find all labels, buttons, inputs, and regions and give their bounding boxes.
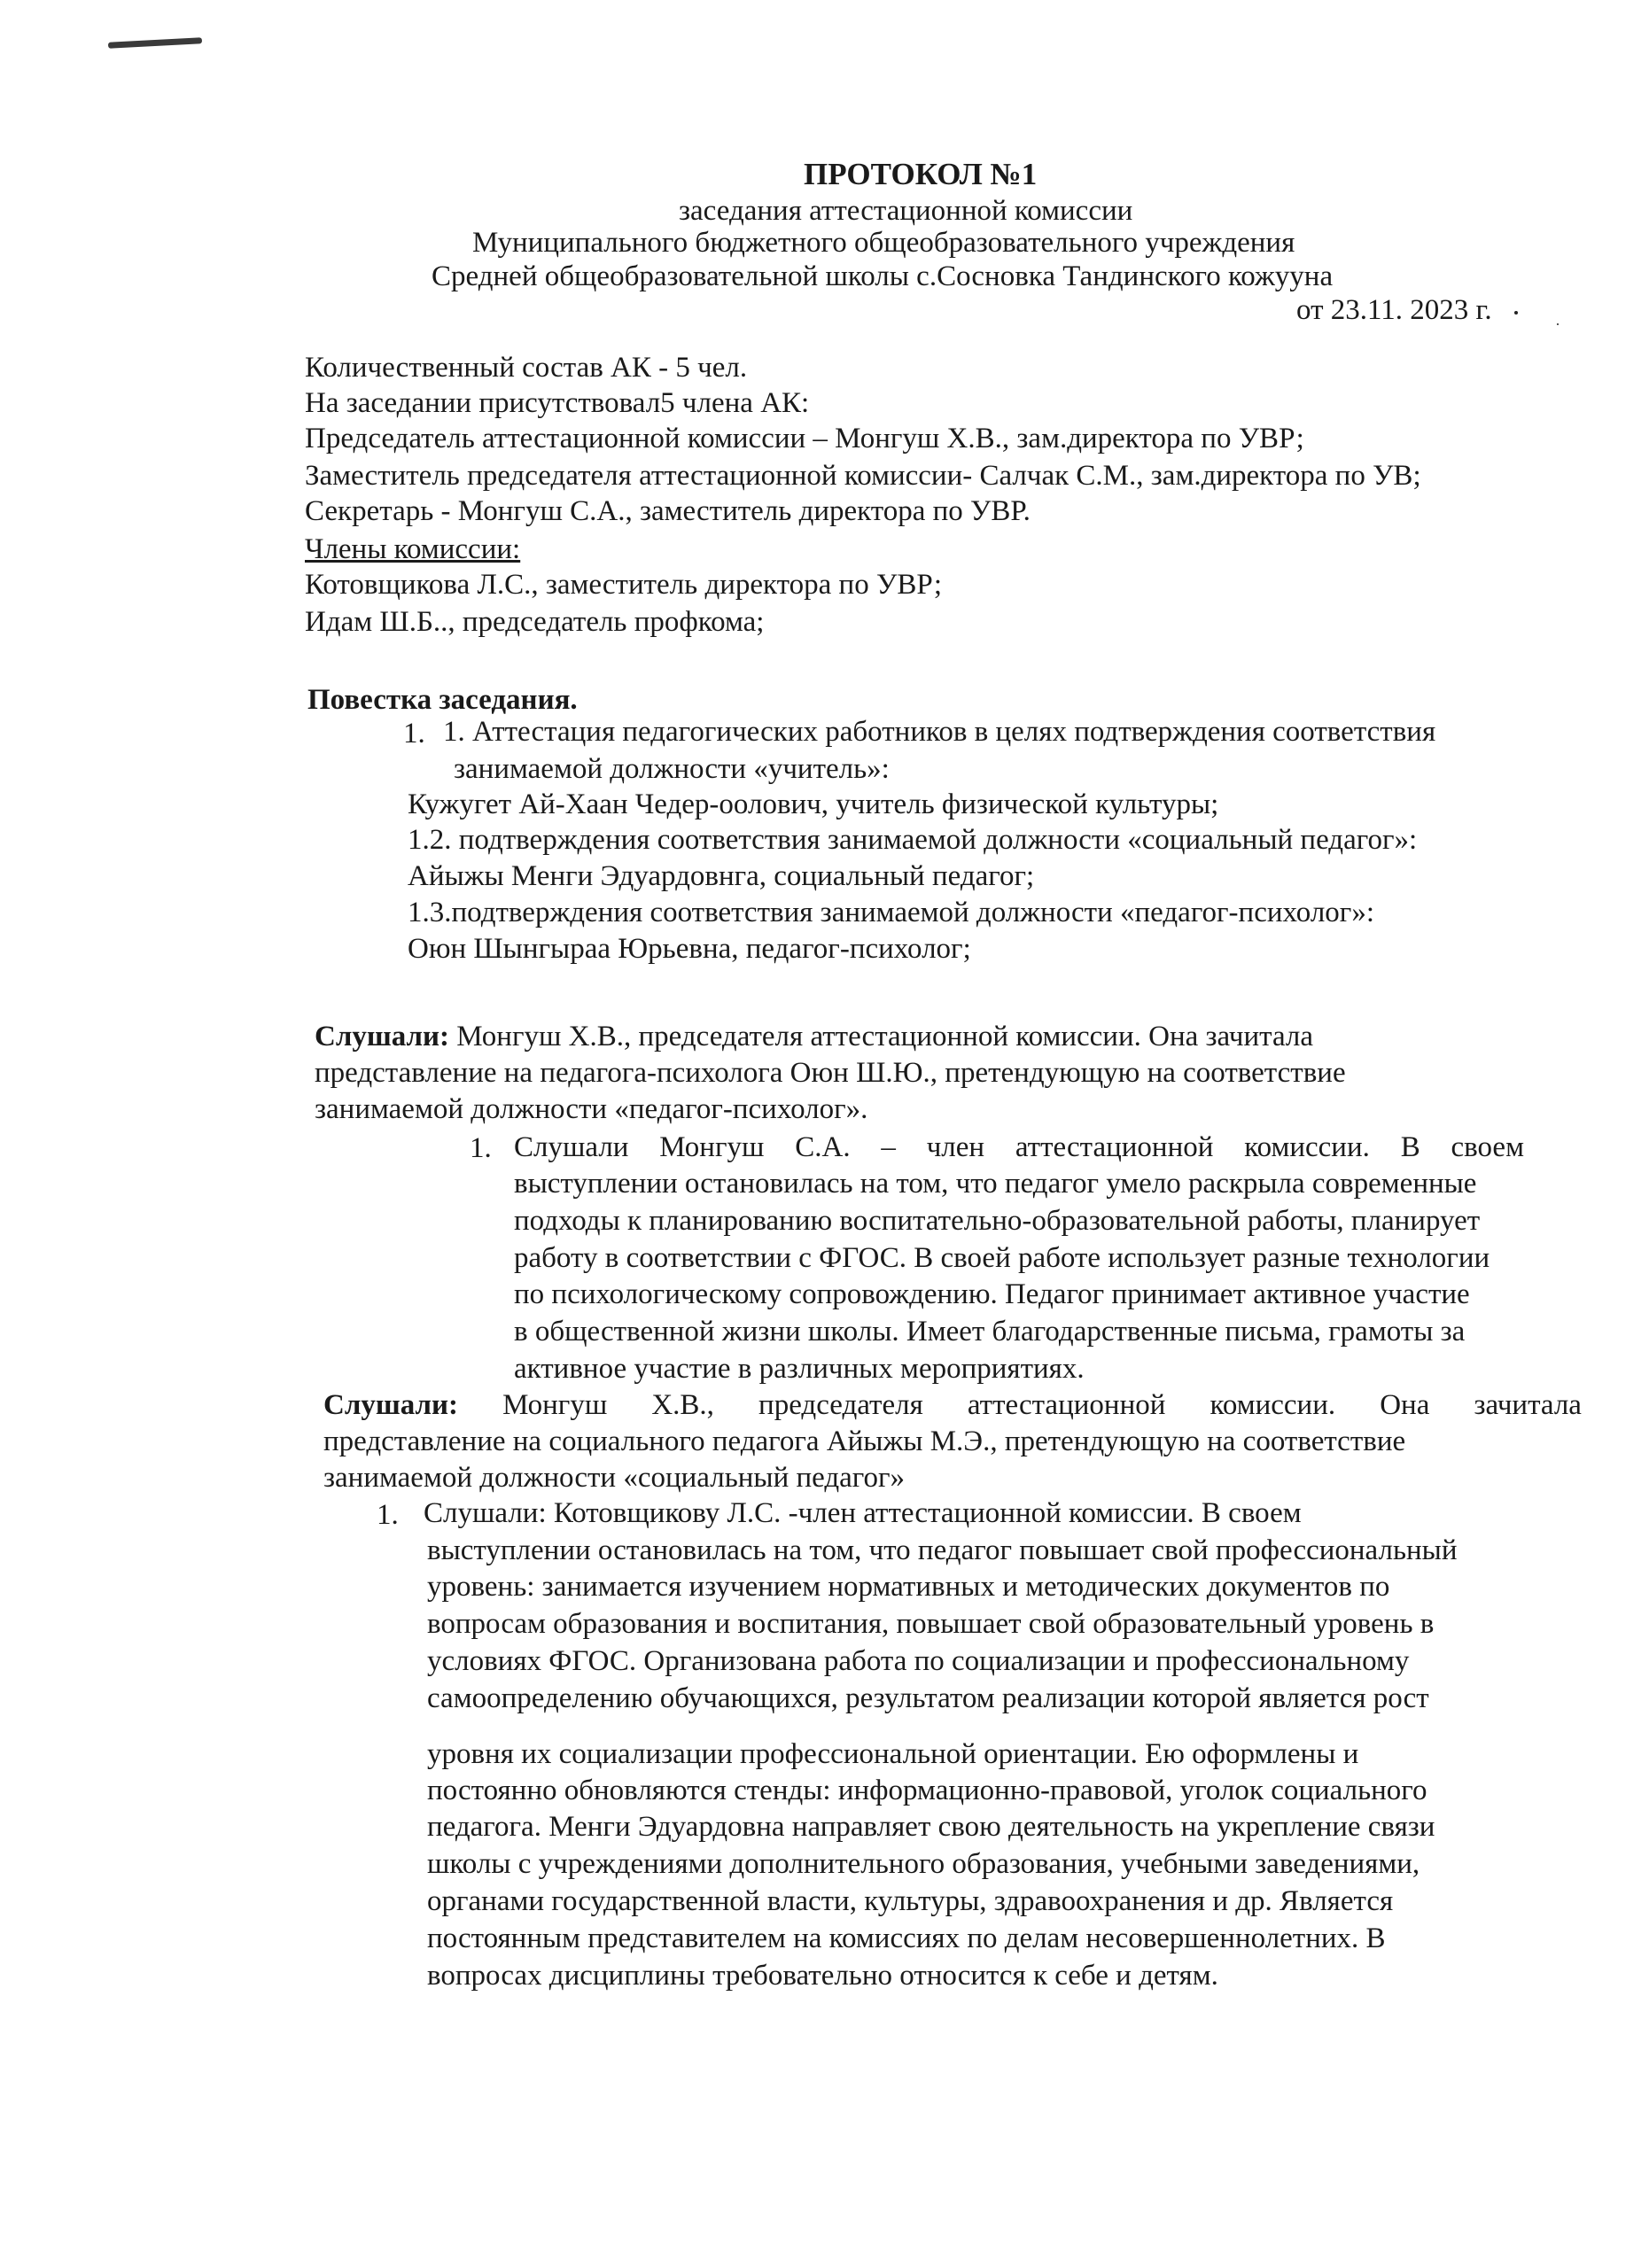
composition-secretary: Секретарь - Монгуш С.А., заместитель дир… <box>305 493 1031 529</box>
section2-item-line: постоянным представителем на комиссиях п… <box>427 1921 1386 1956</box>
members-heading: Члены комиссии: <box>305 532 520 567</box>
section2-item-line: Слушали: Котовщикову Л.С. -член аттестац… <box>424 1495 1302 1531</box>
agenda-item: 1. Аттестация педагогических работников … <box>443 714 1435 750</box>
section1-item-number: 1. <box>470 1130 492 1166</box>
section2-item-line: самоопределению обучающихся, результатом… <box>427 1681 1429 1716</box>
section1-item-line: выступлении остановилась на том, что пед… <box>514 1166 1476 1201</box>
agenda-line: Оюн Шынгыраа Юрьевна, педагог-психолог; <box>408 931 971 967</box>
agenda-item: занимаемой должности «учитель»: <box>454 751 890 787</box>
heard-label: Слушали: <box>323 1387 458 1423</box>
member: Идам Ш.Б.., председатель профкома; <box>305 604 764 640</box>
section2-line: Слушали: Монгуш Х.В., председателя аттес… <box>323 1387 1582 1423</box>
composition-deputy: Заместитель председателя аттестационной … <box>305 458 1421 493</box>
composition-total: Количественный состав АК - 5 чел. <box>305 350 747 385</box>
subtitle-line: заседания аттестационной комиссии <box>679 193 1132 229</box>
document-title: ПРОТОКОЛ №1 <box>804 157 1037 192</box>
section1-item-line: Слушали Монгуш С.А. – член аттестационно… <box>514 1130 1524 1165</box>
member: Котовщикова Л.С., заместитель директора … <box>305 567 942 602</box>
section1-item-line: в общественной жизни школы. Имеет благод… <box>514 1314 1465 1349</box>
section1-item-line: по психологическому сопровождению. Педаг… <box>514 1277 1470 1312</box>
subtitle-line: Средней общеобразовательной школы с.Сосн… <box>432 259 1333 294</box>
heard-label: Слушали: <box>315 1021 449 1052</box>
section2-item-line: вопросах дисциплины требовательно относи… <box>427 1958 1218 1993</box>
section2-item-line: школы с учреждениями дополнительного обр… <box>427 1846 1420 1882</box>
section1-item-line: подходы к планированию воспитательно-обр… <box>514 1203 1480 1239</box>
agenda-item-number: 1. <box>403 716 425 751</box>
scan-speck <box>1514 311 1518 315</box>
document-date: от 23.11. 2023 г. <box>1296 292 1492 328</box>
agenda-line: Кужугет Ай-Хаан Чедер-оолович, учитель ф… <box>408 787 1218 822</box>
section1-line: Слушали: Монгуш Х.В., председателя аттес… <box>315 1019 1313 1054</box>
composition-present: На заседании присутствовал5 члена АК: <box>305 385 809 421</box>
section2-item-line: уровень: занимается изучением нормативны… <box>427 1569 1389 1604</box>
section2-item-number: 1. <box>377 1497 399 1533</box>
subtitle-line: Муниципального бюджетного общеобразовате… <box>472 225 1295 260</box>
section2-item-line: вопросам образования и воспитания, повыш… <box>427 1606 1434 1642</box>
agenda-line: 1.2. подтверждения соответствия занимаем… <box>408 822 1417 858</box>
section2-item-line: педагога. Менги Эдуардовна направляет св… <box>427 1809 1435 1845</box>
section2-line: представление на социального педагога Ай… <box>323 1424 1405 1459</box>
section2-item-line: органами государственной власти, культур… <box>427 1884 1393 1919</box>
section2-line: занимаемой должности «социальный педагог… <box>323 1460 905 1495</box>
section2-item-line: постоянно обновляются стенды: информацио… <box>427 1773 1427 1808</box>
section1-item-line: активное участие в различных мероприятия… <box>514 1351 1085 1386</box>
section2-item-line: уровня их социализации профессиональной … <box>427 1736 1358 1772</box>
agenda-heading: Повестка заседания. <box>307 682 578 718</box>
section1-item-line: работу в соответствии с ФГОС. В своей ра… <box>514 1240 1490 1276</box>
composition-chair: Председатель аттестационной комиссии – М… <box>305 421 1304 456</box>
scan-speck <box>1557 323 1559 325</box>
scan-mark <box>108 37 202 49</box>
agenda-line: Айыжы Менги Эдуардовнга, социальный педа… <box>408 858 1034 894</box>
section1-line: занимаемой должности «педагог-психолог». <box>315 1091 867 1127</box>
section2-item-line: выступлении остановилась на том, что пед… <box>427 1533 1458 1568</box>
section2-item-line: условиях ФГОС. Организована работа по со… <box>427 1643 1409 1679</box>
section1-line: представление на педагога-психолога Оюн … <box>315 1055 1346 1091</box>
agenda-line: 1.3.подтверждения соответствия занимаемо… <box>408 895 1374 930</box>
